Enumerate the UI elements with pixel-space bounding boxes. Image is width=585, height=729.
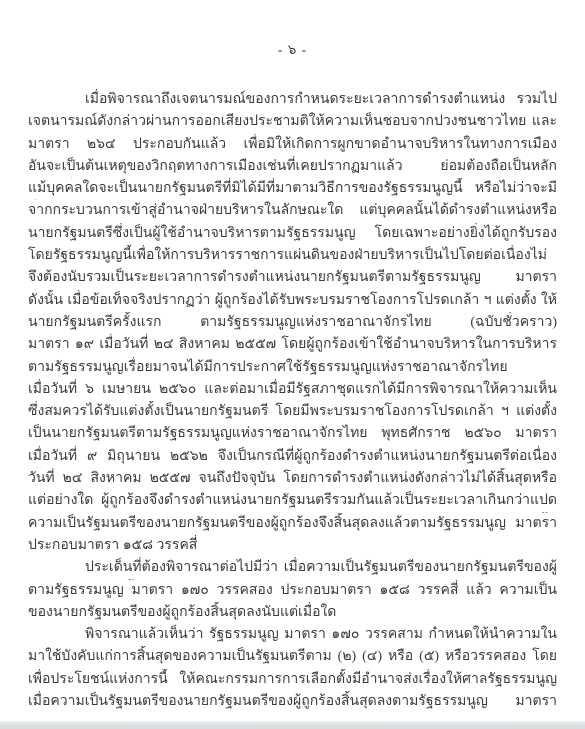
- text-line: เมื่อวันที่ ๖ เมษายน ๒๕๖๐ และต่อมาเมื่อม…: [28, 379, 557, 401]
- text-line: มาตรา ๒๖๔ ประกอบกันแล้ว เพื่อมิให้เกิดกา…: [28, 134, 557, 156]
- text-line: อันจะเป็นต้นเหตุของวิกฤตทางการเมืองเช่นท…: [28, 156, 557, 178]
- text-line: ความเป็นรัฐมนตรีของนายกรัฐมนตรีของผู้ถูก…: [28, 513, 557, 535]
- text-line: มาตรา ๑๙ เมื่อวันที่ ๒๔ สิงหาคม ๒๕๕๗ โดย…: [28, 334, 557, 356]
- text-line: เพื่อประโยชน์แห่งการนี้ ให้คณะกรรมการการ…: [28, 669, 557, 691]
- text-line: ตามรัฐธรรมนูญ มาตรา ๑๗๐ วรรคสอง ประกอบมา…: [28, 580, 557, 602]
- text-line: โดยรัฐธรรมนูญนี้เพื่อให้การบริหารราชการแ…: [28, 245, 557, 267]
- text-line: แต่อย่างใด ผู้ถูกร้องจึงดำรงตำแหน่งนายกร…: [28, 490, 557, 512]
- page-number: - ๖ -: [0, 38, 585, 56]
- text-line: พิจารณาแล้วเห็นว่า รัฐธรรมนูญ มาตรา ๑๗๐ …: [28, 624, 557, 646]
- text-line: วันที่ ๒๔ สิงหาคม ๒๕๕๗ จนถึงปัจจุบัน โดย…: [28, 468, 557, 490]
- text-line: ของนายกรัฐมนตรีของผู้ถูกร้องสิ้นสุดลงนับ…: [28, 602, 557, 624]
- text-line: นายกรัฐมนตรีซึ่งเป็นผู้ใช้อำนาจบริหารตาม…: [28, 223, 557, 245]
- text-line: ดังนั้น เมื่อข้อเท็จจริงปรากฏว่า ผู้ถูกร…: [28, 290, 557, 312]
- page-edge-strip: [0, 721, 585, 729]
- text-line: จากกระบวนการเข้าสู่อำนาจฝ่ายบริหารในลักษ…: [28, 200, 557, 222]
- document-page: - ๖ - เมื่อพิจารณาถึงเจตนารมณ์ของการกำหน…: [0, 0, 585, 729]
- text-line: เมื่อพิจารณาถึงเจตนารมณ์ของการกำหนดระยะเ…: [28, 89, 557, 111]
- text-line: เจตนารมณ์ดังกล่าวผ่านการออกเสียงประชามติ…: [28, 111, 557, 133]
- document-body: เมื่อพิจารณาถึงเจตนารมณ์ของการกำหนดระยะเ…: [28, 89, 557, 713]
- text-line: นายกรัฐมนตรีครั้งแรก ตามรัฐธรรมนูญแห่งรา…: [28, 312, 557, 334]
- text-line: จึงต้องนับรวมเป็นระยะเวลาการดำรงตำแหน่งน…: [28, 267, 557, 289]
- text-line: มาใช้บังคับแก่การสิ้นสุดของความเป็นรัฐมน…: [28, 646, 557, 668]
- text-line: ประกอบมาตรา ๑๕๘ วรรคสี่: [28, 535, 557, 557]
- text-line: เป็นนายกรัฐมนตรีตามรัฐธรรมนูญแห่งราชอาณา…: [28, 423, 557, 445]
- text-line: ประเด็นที่ต้องพิจารณาต่อไปมีว่า เมื่อควา…: [28, 557, 557, 579]
- text-line: แม้บุคคลใดจะเป็นนายกรัฐมนตรีที่มิได้มีที…: [28, 178, 557, 200]
- text-line: เมื่อความเป็นรัฐมนตรีของนายกรัฐมนตรีของผ…: [28, 691, 557, 713]
- text-line: เมื่อวันที่ ๙ มิถุนายน ๒๕๖๒ จึงเป็นกรณีท…: [28, 446, 557, 468]
- text-line: ซึ่งสมควรได้รับแต่งตั้งเป็นนายกรัฐมนตรี …: [28, 401, 557, 423]
- text-line: ตามรัฐธรรมนูญเรื่อยมาจนได้มีการประกาศใช้…: [28, 357, 557, 379]
